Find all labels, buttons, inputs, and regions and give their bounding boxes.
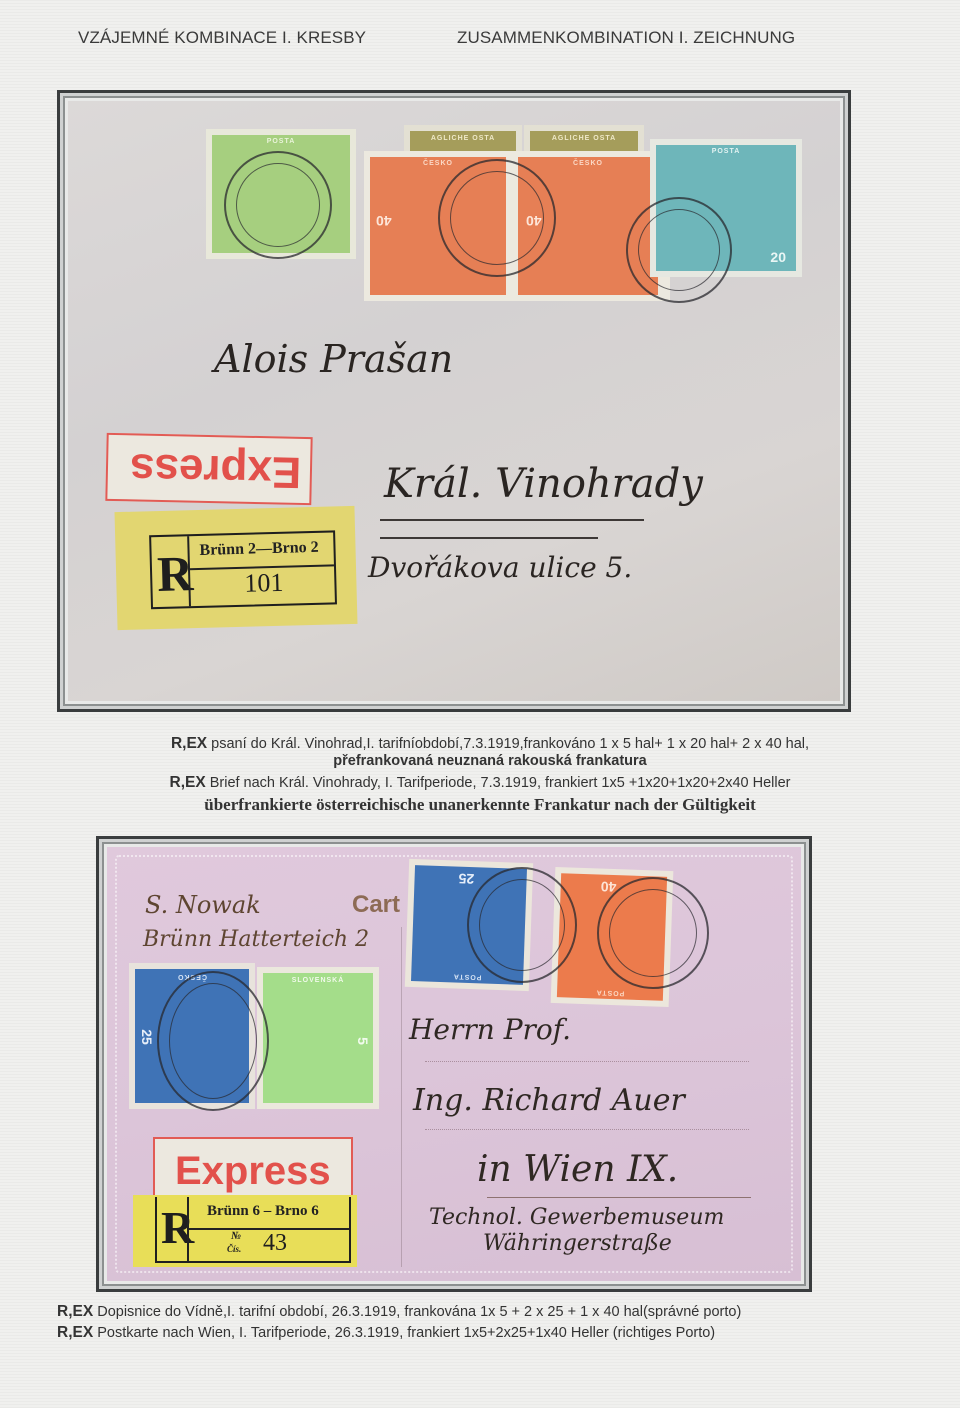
caption-1-german: R,EX Brief nach Král. Vinohrady, I. Tari… <box>0 774 960 792</box>
registration-label: R Brünn 2—Brno 2 101 <box>114 506 357 630</box>
caption-1-german-note: überfrankierte österreichische unanerken… <box>0 795 960 815</box>
address-city-underline <box>380 519 644 521</box>
sender-name: S. Nowak <box>145 891 261 919</box>
postmark-3 <box>597 877 709 989</box>
card-heading: Cart <box>352 891 400 919</box>
sender-address: Brünn Hatterteich 2 <box>143 927 369 952</box>
recipient-name: Ing. Richard Auer <box>413 1083 685 1118</box>
postmark-1 <box>224 151 332 259</box>
postmark-2 <box>467 867 577 983</box>
address-city-underline-2 <box>380 537 598 539</box>
cover-2-postcard: Cart S. Nowak Brünn Hatterteich 2 ČESKO … <box>107 847 801 1281</box>
address-street: Dvořákova ulice 5. <box>368 551 632 584</box>
stamp-green-5h: SLOVENSKÁ 5 <box>257 967 379 1109</box>
cover-1-frame: AGLICHE OSTA AGLICHE OSTA POSTA ČESKO 40… <box>57 90 851 712</box>
cover-2-frame: Cart S. Nowak Brünn Hatterteich 2 ČESKO … <box>96 836 812 1292</box>
caption-2-german: R,EX Postkarte nach Wien, I. Tarifperiod… <box>57 1324 715 1342</box>
recipient-institution: Technol. Gewerbemuseum <box>429 1205 724 1230</box>
recipient-city: in Wien IX. <box>477 1149 678 1190</box>
address-city: Král. Vinohrady <box>384 461 703 507</box>
page-heading-czech: VZÁJEMNÉ KOMBINACE I. KRESBY <box>78 28 366 48</box>
address-guide-line-3 <box>487 1197 751 1198</box>
postmark-2 <box>438 159 556 277</box>
recipient-title: Herrn Prof. <box>409 1013 571 1046</box>
address-guide-line-1 <box>425 1061 749 1062</box>
caption-1-czech: R,EX psaní do Král. Vinohrad,I. tarifnío… <box>0 735 960 753</box>
caption-1-czech-note: přefrankovaná neuznaná rakouská frankatu… <box>0 753 960 769</box>
caption-2-czech: R,EX Dopisnice do Vídně,I. tarifní obdob… <box>57 1303 741 1321</box>
address-name: Alois Prašan <box>214 337 453 381</box>
registration-label: R Brünn 6 – Brno 6 № Čís. 43 <box>133 1195 357 1267</box>
postmark-3 <box>626 197 732 303</box>
card-divider <box>401 927 402 1267</box>
recipient-street: Währingerstraße <box>483 1231 672 1256</box>
page-heading-german: ZUSAMMENKOMBINATION I. ZEICHNUNG <box>457 28 795 48</box>
postmark-1 <box>157 971 269 1111</box>
express-label: Express <box>105 433 312 505</box>
address-guide-line-2 <box>425 1129 749 1130</box>
cover-1-envelope: AGLICHE OSTA AGLICHE OSTA POSTA ČESKO 40… <box>68 101 840 701</box>
